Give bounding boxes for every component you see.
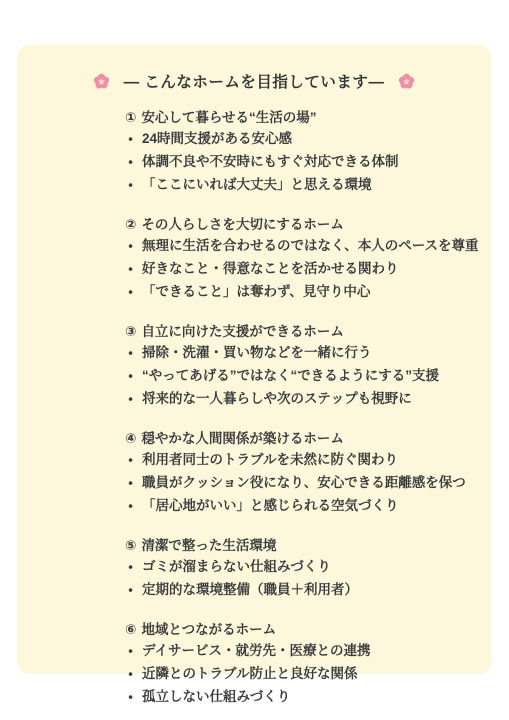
section-heading: ①安心して暮らせる“生活の場”	[125, 107, 467, 128]
bullet-text: 孤立しない仕組みづくり	[142, 686, 290, 707]
bullet-item: ●24時間支援がある安心感	[128, 128, 467, 151]
bullet-text: 利用者同士のトラブルを未然に防ぐ関わり	[142, 449, 398, 470]
bullet-icon: ●	[128, 129, 142, 150]
section-heading: ②その人らしさを大切にするホーム	[125, 214, 467, 235]
bullet-text: 24時間支援がある安心感	[142, 128, 292, 149]
section-1: ①安心して暮らせる“生活の場”●24時間支援がある安心感●体調不良や不安時にもす…	[125, 107, 467, 197]
bullet-icon: ●	[128, 366, 142, 387]
bullet-icon: ●	[128, 175, 142, 196]
bullet-icon: ●	[128, 450, 142, 471]
bullet-icon: ●	[128, 557, 142, 578]
bullet-icon: ●	[128, 496, 142, 517]
bullet-list: ●デイサービス・就労先・医療との連携●近隣とのトラブル防止と良好な関係●孤立しな…	[125, 640, 467, 709]
bullet-list: ●掃除・洗濯・買い物などを一緒に行う●“やってあげる”ではなく“できるようにする…	[125, 342, 467, 411]
bullet-icon: ●	[128, 259, 142, 280]
page-title: ― こんなホームを目指しています―	[124, 70, 385, 92]
bullet-item: ●「居心地がいい」と感じられる空気づくり	[128, 495, 467, 518]
section-4: ④穏やかな人間関係が築けるホーム●利用者同士のトラブルを未然に防ぐ関わり●職員が…	[125, 428, 467, 518]
section-number: ②	[125, 214, 136, 235]
bullet-icon: ●	[128, 236, 142, 257]
section-heading: ③自立に向けた支援ができるホーム	[125, 321, 467, 342]
bullet-item: ●定期的な環境整備（職員＋利用者）	[128, 579, 467, 602]
bullet-icon: ●	[128, 664, 142, 685]
bullet-item: ●職員がクッション役になり、安心できる距離感を保つ	[128, 472, 467, 495]
sakura-flower-icon-right	[398, 73, 415, 90]
sakura-flower-icon-left	[93, 73, 110, 90]
section-heading-text: その人らしさを大切にするホーム	[141, 217, 344, 232]
bullet-icon: ●	[128, 389, 142, 410]
bullet-item: ●ゴミが溜まらない仕組みづくり	[128, 556, 467, 579]
bullet-list: ●利用者同士のトラブルを未然に防ぐ関わり●職員がクッション役になり、安心できる距…	[125, 449, 467, 518]
section-number: ⑥	[125, 619, 136, 640]
bullet-item: ●デイサービス・就労先・医療との連携	[128, 640, 467, 663]
bullet-text: 「ここにいれば大丈夫」と思える環境	[142, 174, 372, 195]
bullet-text: 「できること」は奪わず、見守り中心	[142, 281, 370, 302]
bullet-item: ●将来的な一人暮らしや次のステップも視野に	[128, 388, 467, 411]
bullet-text: ゴミが溜まらない仕組みづくり	[142, 556, 331, 577]
bullet-icon: ●	[128, 687, 142, 708]
page-title-row: ― こんなホームを目指しています―	[17, 70, 491, 92]
bullet-item: ●利用者同士のトラブルを未然に防ぐ関わり	[128, 449, 467, 472]
bullet-text: 好きなこと・得意なことを活かせる関わり	[142, 258, 399, 279]
bullet-icon: ●	[128, 152, 142, 173]
bullet-item: ●孤立しない仕組みづくり	[128, 686, 467, 709]
section-heading-text: 清潔で整った生活環境	[141, 538, 276, 553]
bullet-item: ●体調不良や不安時にもすぐ対応できる体制	[128, 151, 467, 174]
section-3: ③自立に向けた支援ができるホーム●掃除・洗濯・買い物などを一緒に行う●“やってあ…	[125, 321, 467, 411]
bullet-text: 掃除・洗濯・買い物などを一緒に行う	[142, 342, 372, 363]
bullet-icon: ●	[128, 580, 142, 601]
bullet-item: ●無理に生活を合わせるのではなく、本人のペースを尊重	[128, 235, 467, 258]
section-heading: ④穏やかな人間関係が築けるホーム	[125, 428, 467, 449]
bullet-icon: ●	[128, 641, 142, 662]
bullet-text: 将来的な一人暮らしや次のステップも視野に	[142, 388, 412, 409]
bullet-item: ●掃除・洗濯・買い物などを一緒に行う	[128, 342, 467, 365]
section-heading-text: 安心して暮らせる“生活の場”	[141, 110, 316, 125]
bullet-text: 近隣とのトラブル防止と良好な関係	[142, 663, 357, 684]
bullet-list: ●24時間支援がある安心感●体調不良や不安時にもすぐ対応できる体制●「ここにいれ…	[125, 128, 467, 197]
bullet-item: ●「できること」は奪わず、見守り中心	[128, 281, 467, 304]
section-number: ③	[125, 321, 136, 342]
bullet-text: “やってあげる”ではなく“できるようにする”支援	[142, 365, 439, 386]
bullet-text: 「居心地がいい」と感じられる空気づくり	[142, 495, 399, 516]
sections-list: ①安心して暮らせる“生活の場”●24時間支援がある安心感●体調不良や不安時にもす…	[17, 107, 491, 709]
bullet-text: デイサービス・就労先・医療との連携	[142, 640, 371, 661]
bullet-item: ●近隣とのトラブル防止と良好な関係	[128, 663, 467, 686]
section-number: ①	[125, 107, 136, 128]
section-heading-text: 自立に向けた支援ができるホーム	[141, 324, 344, 339]
section-heading: ⑥地域とつながるホーム	[125, 619, 467, 640]
bullet-item: ●「ここにいれば大丈夫」と思える環境	[128, 174, 467, 197]
bullet-item: ●“やってあげる”ではなく“できるようにする”支援	[128, 365, 467, 388]
section-5: ⑤清潔で整った生活環境●ゴミが溜まらない仕組みづくり●定期的な環境整備（職員＋利…	[125, 535, 467, 602]
bullet-text: 体調不良や不安時にもすぐ対応できる体制	[142, 151, 399, 172]
bullet-text: 無理に生活を合わせるのではなく、本人のペースを尊重	[142, 235, 479, 256]
section-heading: ⑤清潔で整った生活環境	[125, 535, 467, 556]
bullet-list: ●ゴミが溜まらない仕組みづくり●定期的な環境整備（職員＋利用者）	[125, 556, 467, 602]
section-6: ⑥地域とつながるホーム●デイサービス・就労先・医療との連携●近隣とのトラブル防止…	[125, 619, 467, 709]
bullet-icon: ●	[128, 343, 142, 364]
section-number: ④	[125, 428, 136, 449]
content-card: ― こんなホームを目指しています― ①安心して暮らせる“生活の場”●24時間支援…	[17, 45, 491, 674]
bullet-icon: ●	[128, 473, 142, 494]
bullet-text: 職員がクッション役になり、安心できる距離感を保つ	[142, 472, 466, 493]
bullet-item: ●好きなこと・得意なことを活かせる関わり	[128, 258, 467, 281]
bullet-list: ●無理に生活を合わせるのではなく、本人のペースを尊重●好きなこと・得意なことを活…	[125, 235, 467, 304]
section-heading-text: 穏やかな人間関係が築けるホーム	[141, 431, 344, 446]
section-heading-text: 地域とつながるホーム	[141, 622, 276, 637]
section-2: ②その人らしさを大切にするホーム●無理に生活を合わせるのではなく、本人のペースを…	[125, 214, 467, 304]
section-number: ⑤	[125, 535, 136, 556]
bullet-icon: ●	[128, 282, 142, 303]
bullet-text: 定期的な環境整備（職員＋利用者）	[142, 579, 358, 600]
